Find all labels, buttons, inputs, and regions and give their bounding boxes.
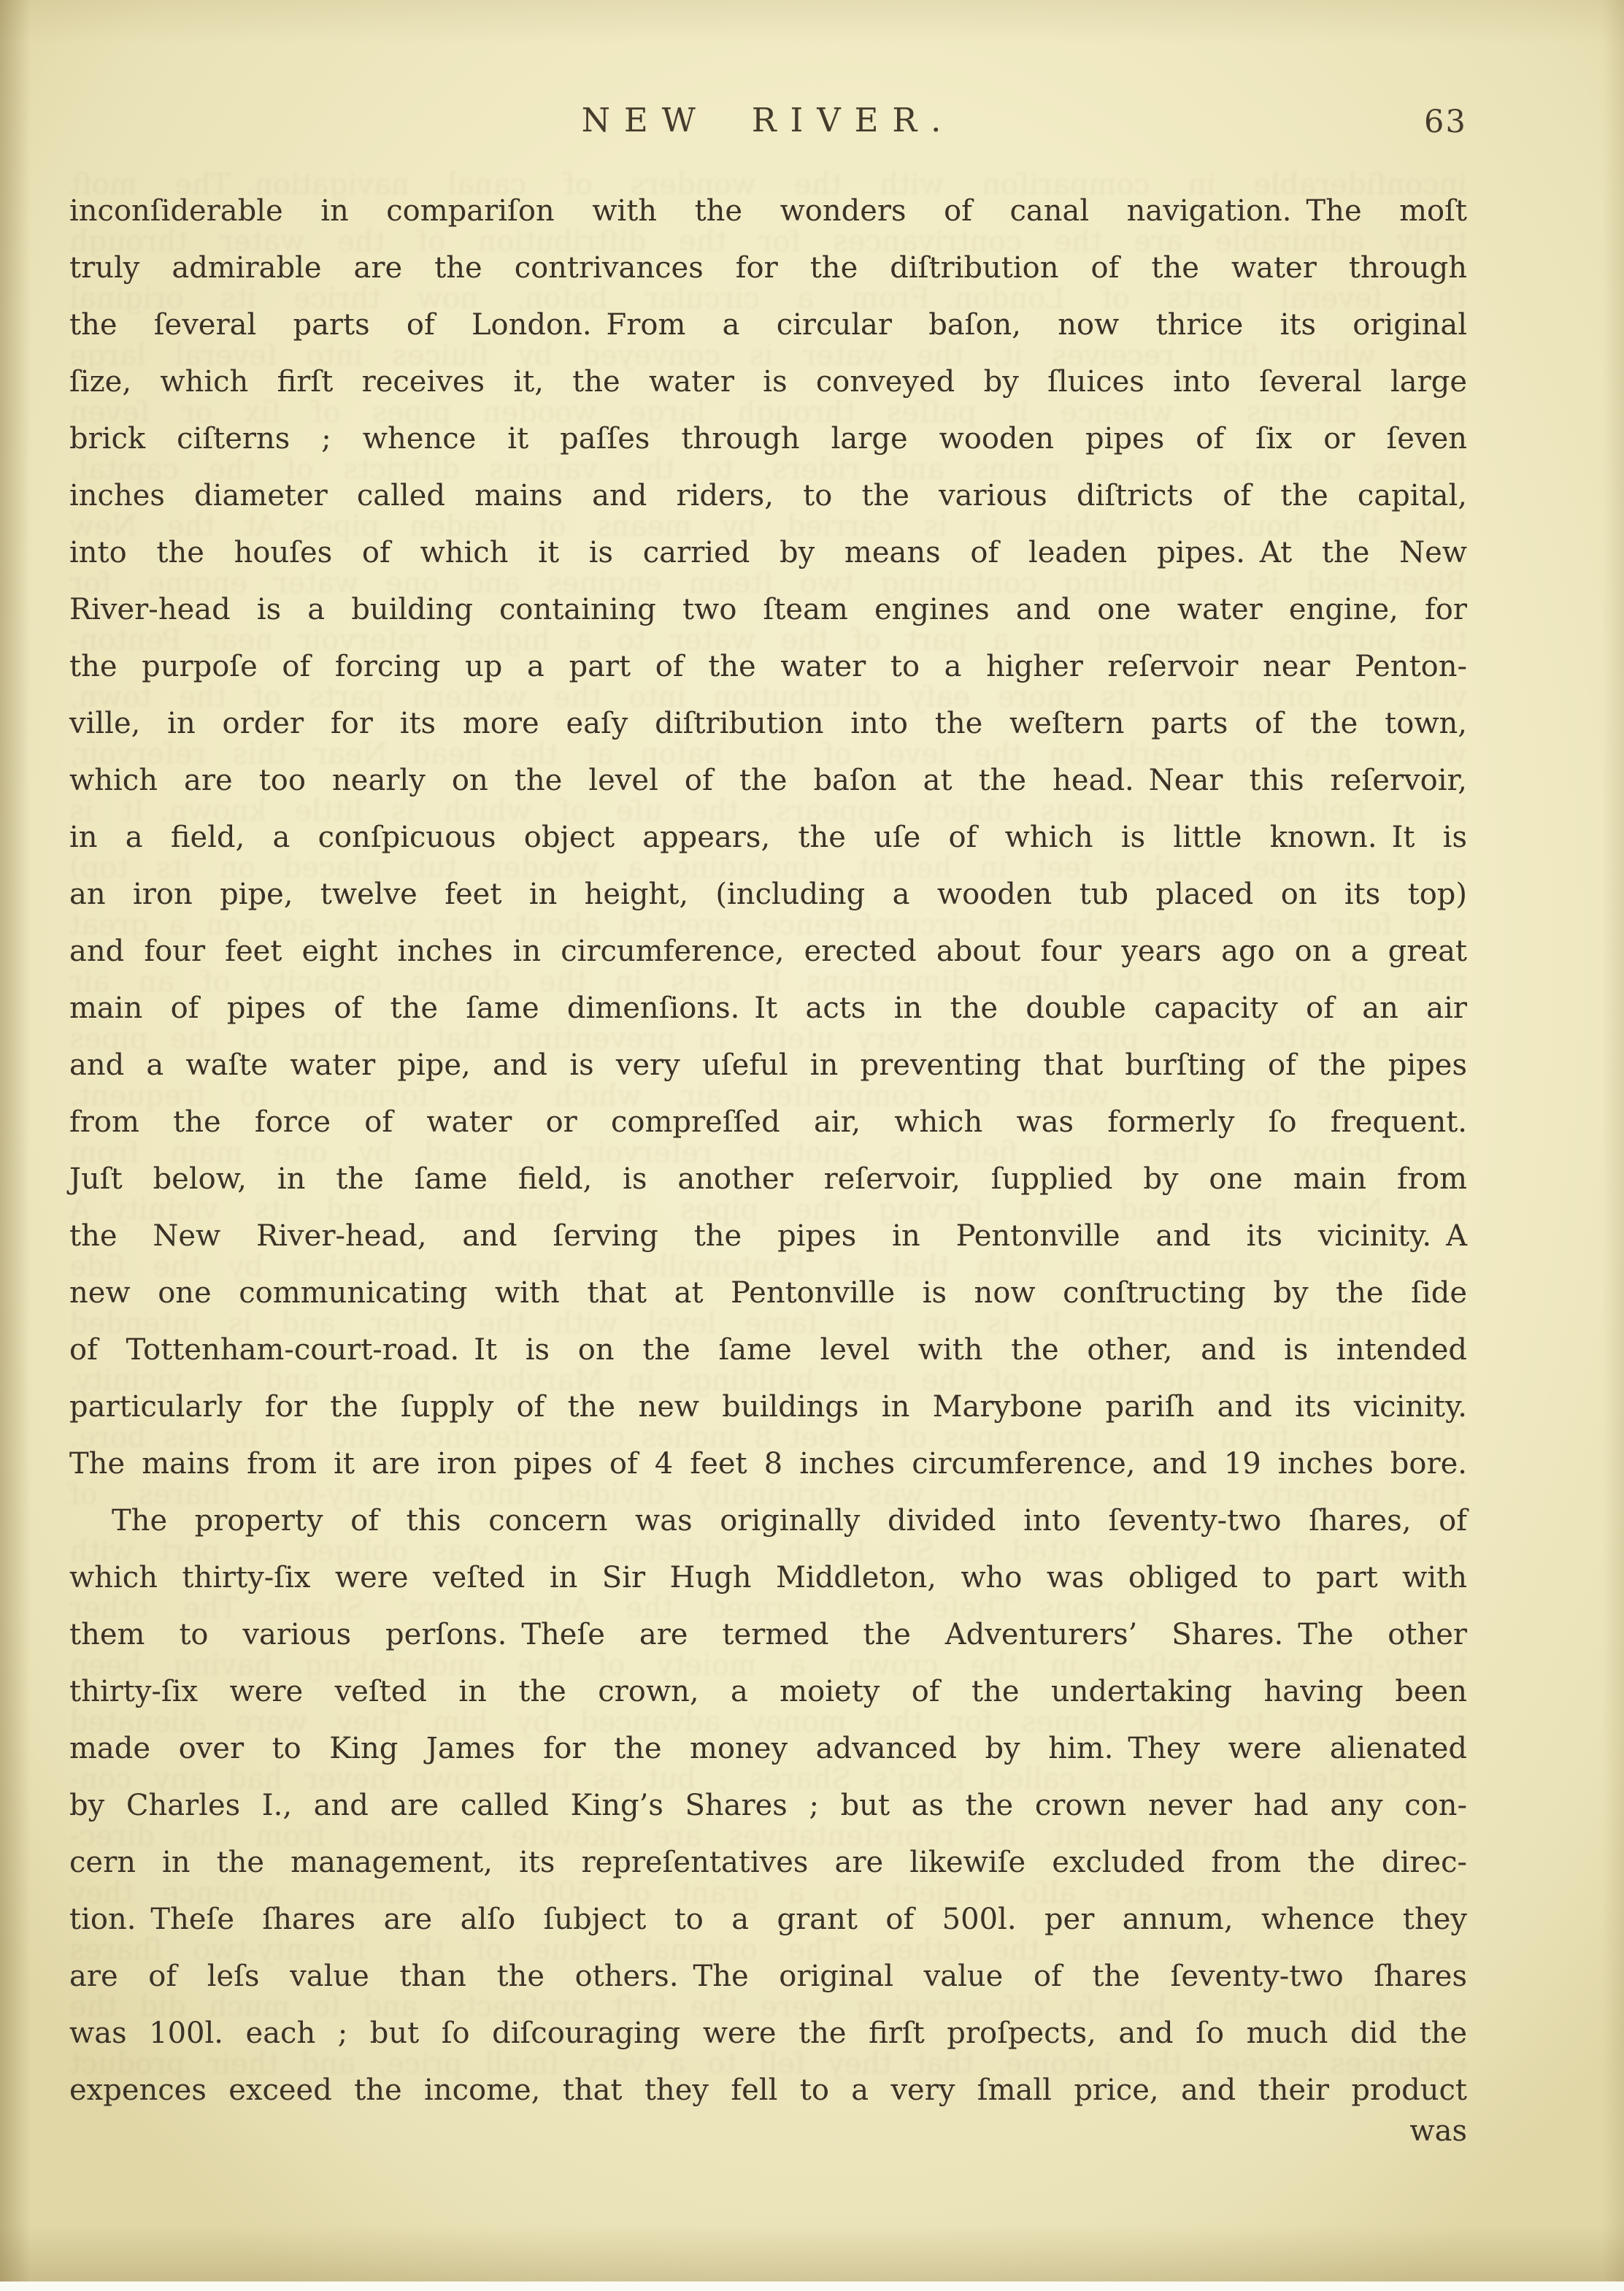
text-line: tion. Theſe ſhares are alſo ſubject to a… xyxy=(69,1891,1467,1948)
text-line: The property of this concern was origina… xyxy=(69,1492,1467,1549)
text-line: from the force of water or compreſſed ai… xyxy=(69,1094,1467,1151)
text-line: of Tottenham-court-road. It is on the ſa… xyxy=(69,1321,1467,1378)
text-line: was 100l. each ; but ſo diſcouraging wer… xyxy=(69,2005,1467,2062)
text-line: into the houſes of which it is carried b… xyxy=(69,524,1467,581)
text-line: and a waſte water pipe, and is very uſef… xyxy=(69,1037,1467,1094)
text-line: in a field, a conſpicuous object appears… xyxy=(69,809,1467,866)
text-line: Juſt below, in the ſame field, is anothe… xyxy=(69,1151,1467,1208)
text-line: River-head is a building containing two … xyxy=(69,581,1467,638)
text-line: expences exceed the income, that they fe… xyxy=(69,2062,1467,2119)
catchword: was xyxy=(1409,2114,1467,2148)
text-line: the ſeveral parts of London. From a circ… xyxy=(69,296,1467,353)
text-line: truly admirable are the contrivances for… xyxy=(69,239,1467,296)
text-line: ville, in order for its more eaſy diſtri… xyxy=(69,695,1467,752)
page-body: inconſiderable in compariſon with the wo… xyxy=(69,183,1467,2119)
page-number: 63 xyxy=(1424,104,1467,140)
text-line: them to various perſons. Theſe are terme… xyxy=(69,1606,1467,1663)
text-line: the purpoſe of forcing up a part of the … xyxy=(69,638,1467,695)
text-line: which thirty-ſix were veſted in Sir Hugh… xyxy=(69,1549,1467,1606)
text-line: are of leſs value than the others. The o… xyxy=(69,1948,1467,2005)
text-line: new one communicating with that at Pento… xyxy=(69,1265,1467,1321)
text-line: The mains from it are iron pipes of 4 fe… xyxy=(69,1435,1467,1492)
text-line: particularly for the ſupply of the new b… xyxy=(69,1378,1467,1435)
book-page: inconſiderable in compariſon with the wo… xyxy=(0,0,1624,2291)
text-line: cern in the management, its repreſentati… xyxy=(69,1834,1467,1891)
text-line: inconſiderable in compariſon with the wo… xyxy=(69,183,1467,239)
catchword-row: was xyxy=(69,2114,1467,2148)
page-header: NEW RIVER. 63 xyxy=(69,101,1467,152)
text-line: which are too nearly on the level of the… xyxy=(69,752,1467,809)
text-line: inches diameter called mains and riders,… xyxy=(69,467,1467,524)
text-line: made over to King James for the money ad… xyxy=(69,1720,1467,1777)
text-line: and four feet eight inches in circumfere… xyxy=(69,923,1467,980)
text-line: ſize, which firſt receives it, the water… xyxy=(69,353,1467,410)
text-line: by Charles I., and are called King’s Sha… xyxy=(69,1777,1467,1834)
running-title: NEW RIVER. xyxy=(69,101,1467,139)
text-line: the New River-head, and ſerving the pipe… xyxy=(69,1208,1467,1265)
text-line: main of pipes of the ſame dimenſions. It… xyxy=(69,980,1467,1037)
text-line: thirty-ſix were veſted in the crown, a m… xyxy=(69,1663,1467,1720)
text-line: brick ciſterns ; whence it paſſes throug… xyxy=(69,410,1467,467)
text-line: an iron pipe, twelve feet in height, (in… xyxy=(69,866,1467,923)
